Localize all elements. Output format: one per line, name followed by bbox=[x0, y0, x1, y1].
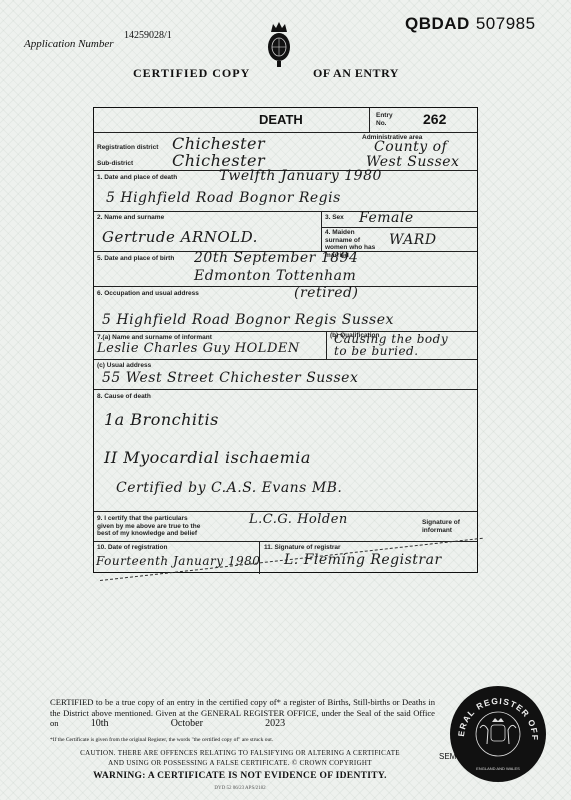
admin-area-line1: County of bbox=[374, 139, 447, 155]
date-of-death: Twelfth January 1980 bbox=[219, 168, 382, 184]
maiden-surname: WARD bbox=[389, 232, 437, 248]
serial-prefix: QBDAD bbox=[405, 14, 470, 33]
registration-district-label: Registration district bbox=[97, 144, 158, 152]
seal-subtext: ENGLAND AND WALES bbox=[476, 766, 520, 771]
name-label: 2. Name and surname bbox=[97, 214, 164, 222]
occupation: (retired) bbox=[294, 285, 358, 301]
application-number: 14259028/1 bbox=[124, 30, 172, 41]
qualification-line2: to be buried. bbox=[334, 344, 419, 358]
footnote: *If the Certificate is given from the or… bbox=[50, 737, 273, 743]
form-code: DYD 52 06/23 APS/2182 bbox=[0, 786, 480, 791]
death-entry-table: DEATH Entry No. 262 Registration distric… bbox=[93, 107, 478, 573]
given-year: 2023 bbox=[265, 718, 285, 729]
registrar-signature: L. Fleming Registrar bbox=[284, 552, 442, 568]
informant-name: Leslie Charles Guy HOLDEN bbox=[97, 341, 300, 356]
sub-district-label: Sub-district bbox=[97, 160, 133, 168]
sex-label: 3. Sex bbox=[325, 214, 344, 222]
title-certified-copy: CERTIFIED COPY bbox=[133, 66, 250, 81]
general-register-office-seal-icon: GENERAL REGISTER OFFICE ENGLAND AND WALE… bbox=[450, 686, 546, 782]
seal-text: GENERAL REGISTER OFFICE bbox=[450, 686, 540, 741]
informant-address-label: (c) Usual address bbox=[97, 362, 151, 370]
caution-line1: CAUTION. THERE ARE OFFENCES RELATING TO … bbox=[0, 749, 480, 757]
given-month: October bbox=[171, 718, 203, 729]
cause-of-death-label: 8. Cause of death bbox=[97, 393, 151, 401]
royal-crest-icon bbox=[266, 18, 292, 70]
informant-signature: L.C.G. Holden bbox=[249, 512, 348, 527]
certificate-type: DEATH bbox=[259, 112, 303, 127]
entry-number: 262 bbox=[423, 111, 446, 127]
cause-1a: 1a Bronchitis bbox=[104, 410, 219, 429]
place-of-death: 5 Highfield Road Bognor Regis bbox=[106, 190, 341, 206]
registrar-signature-label: 11. Signature of registrar bbox=[264, 544, 341, 552]
occupation-label: 6. Occupation and usual address bbox=[97, 290, 199, 298]
caution-line2: AND USING OR POSSESSING A FALSE CERTIFIC… bbox=[0, 759, 480, 767]
title-of-an-entry: OF AN ENTRY bbox=[313, 66, 399, 81]
place-of-birth: Edmonton Tottenham bbox=[194, 268, 356, 284]
certified-by: Certified by C.A.S. Evans MB. bbox=[116, 480, 342, 496]
identity-warning: WARNING: A CERTIFICATE IS NOT EVIDENCE O… bbox=[0, 771, 480, 781]
usual-address: 5 Highfield Road Bognor Regis Sussex bbox=[102, 312, 394, 328]
deceased-name: Gertrude ARNOLD. bbox=[102, 228, 258, 246]
signature-informant-label: Signature of informant bbox=[422, 519, 467, 534]
sex: Female bbox=[359, 210, 414, 226]
certification-label: 9. I certify that the particulars given … bbox=[97, 515, 202, 538]
serial-number: 507985 bbox=[476, 14, 536, 33]
application-number-label: Application Number bbox=[24, 38, 114, 50]
certification-statement: CERTIFIED to be a true copy of an entry … bbox=[50, 697, 435, 730]
certificate-serial: QBDAD507985 bbox=[405, 14, 536, 34]
entry-number-label: Entry No. bbox=[376, 112, 396, 127]
cause-2: II Myocardial ischaemia bbox=[104, 448, 311, 467]
date-place-of-birth-label: 5. Date and place of birth bbox=[97, 255, 174, 263]
svg-text:GENERAL REGISTER OFFICE: GENERAL REGISTER OFFICE bbox=[450, 686, 540, 741]
registration-date-label: 10. Date of registration bbox=[97, 544, 167, 552]
given-day: 10th bbox=[91, 718, 109, 729]
informant-address: 55 West Street Chichester Sussex bbox=[102, 370, 358, 386]
date-of-birth: 20th September 1894 bbox=[194, 250, 358, 266]
date-place-of-death-label: 1. Date and place of death bbox=[97, 174, 177, 182]
